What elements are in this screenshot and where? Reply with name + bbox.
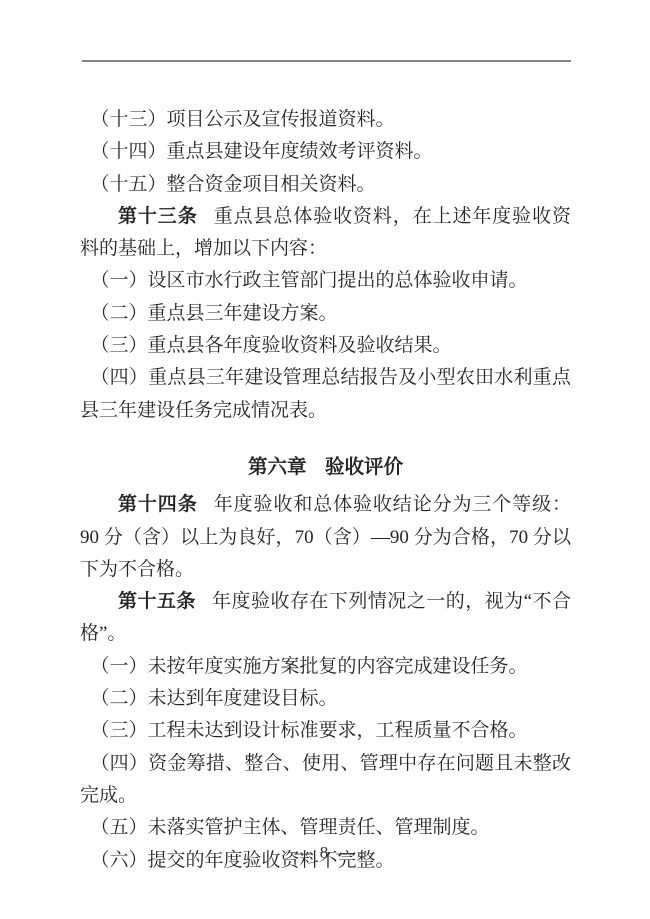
header-rule: [82, 60, 571, 62]
article-paragraph: 第十四条年度验收和总体验收结论分为三个等级：90 分（含）以上为良好，70（含）…: [80, 489, 571, 586]
chapter-label: 第六章: [248, 456, 307, 478]
item-paragraph: （三）重点县各年度验收资料及验收结果。: [80, 330, 571, 362]
item-paragraph: （一）设区市水行政主管部门提出的总体验收申请。: [80, 265, 571, 297]
article-label: 第十四条: [118, 494, 198, 515]
chapter-heading: 第六章验收评价: [80, 451, 571, 483]
item-paragraph: （十三）项目公示及宣传报道资料。: [80, 104, 571, 136]
item-paragraph: （三）工程未达到设计标准要求，工程质量不合格。: [80, 715, 571, 747]
item-paragraph: （一）未按年度实施方案批复的内容完成建设任务。: [80, 651, 571, 683]
item-paragraph: （四）重点县三年建设管理总结报告及小型农田水利重点县三年建设任务完成情况表。: [80, 362, 571, 427]
article-paragraph: 第十三条重点县总体验收资料，在上述年度验收资料的基础上，增加以下内容：: [80, 201, 571, 266]
paragraph-text: 验收评价: [325, 456, 403, 478]
document-page: （十三）项目公示及宣传报道资料。（十四）重点县建设年度绩效考评资料。（十五）整合…: [0, 0, 650, 919]
document-body: （十三）项目公示及宣传报道资料。（十四）重点县建设年度绩效考评资料。（十五）整合…: [80, 104, 571, 877]
page-number: — 8 —: [0, 843, 650, 863]
item-paragraph: （二）未达到年度建设目标。: [80, 683, 571, 715]
item-paragraph: （四）资金筹措、整合、使用、管理中存在问题且未整改完成。: [80, 748, 571, 813]
article-paragraph: 第十五条年度验收存在下列情况之一的，视为“不合格”。: [80, 586, 571, 651]
article-label: 第十五条: [118, 591, 196, 612]
item-paragraph: （十四）重点县建设年度绩效考评资料。: [80, 136, 571, 168]
article-label: 第十三条: [118, 206, 198, 227]
item-paragraph: （二）重点县三年建设方案。: [80, 298, 571, 330]
item-paragraph: （五）未落实管护主体、管理责任、管理制度。: [80, 812, 571, 844]
item-paragraph: （十五）整合资金项目相关资料。: [80, 169, 571, 201]
